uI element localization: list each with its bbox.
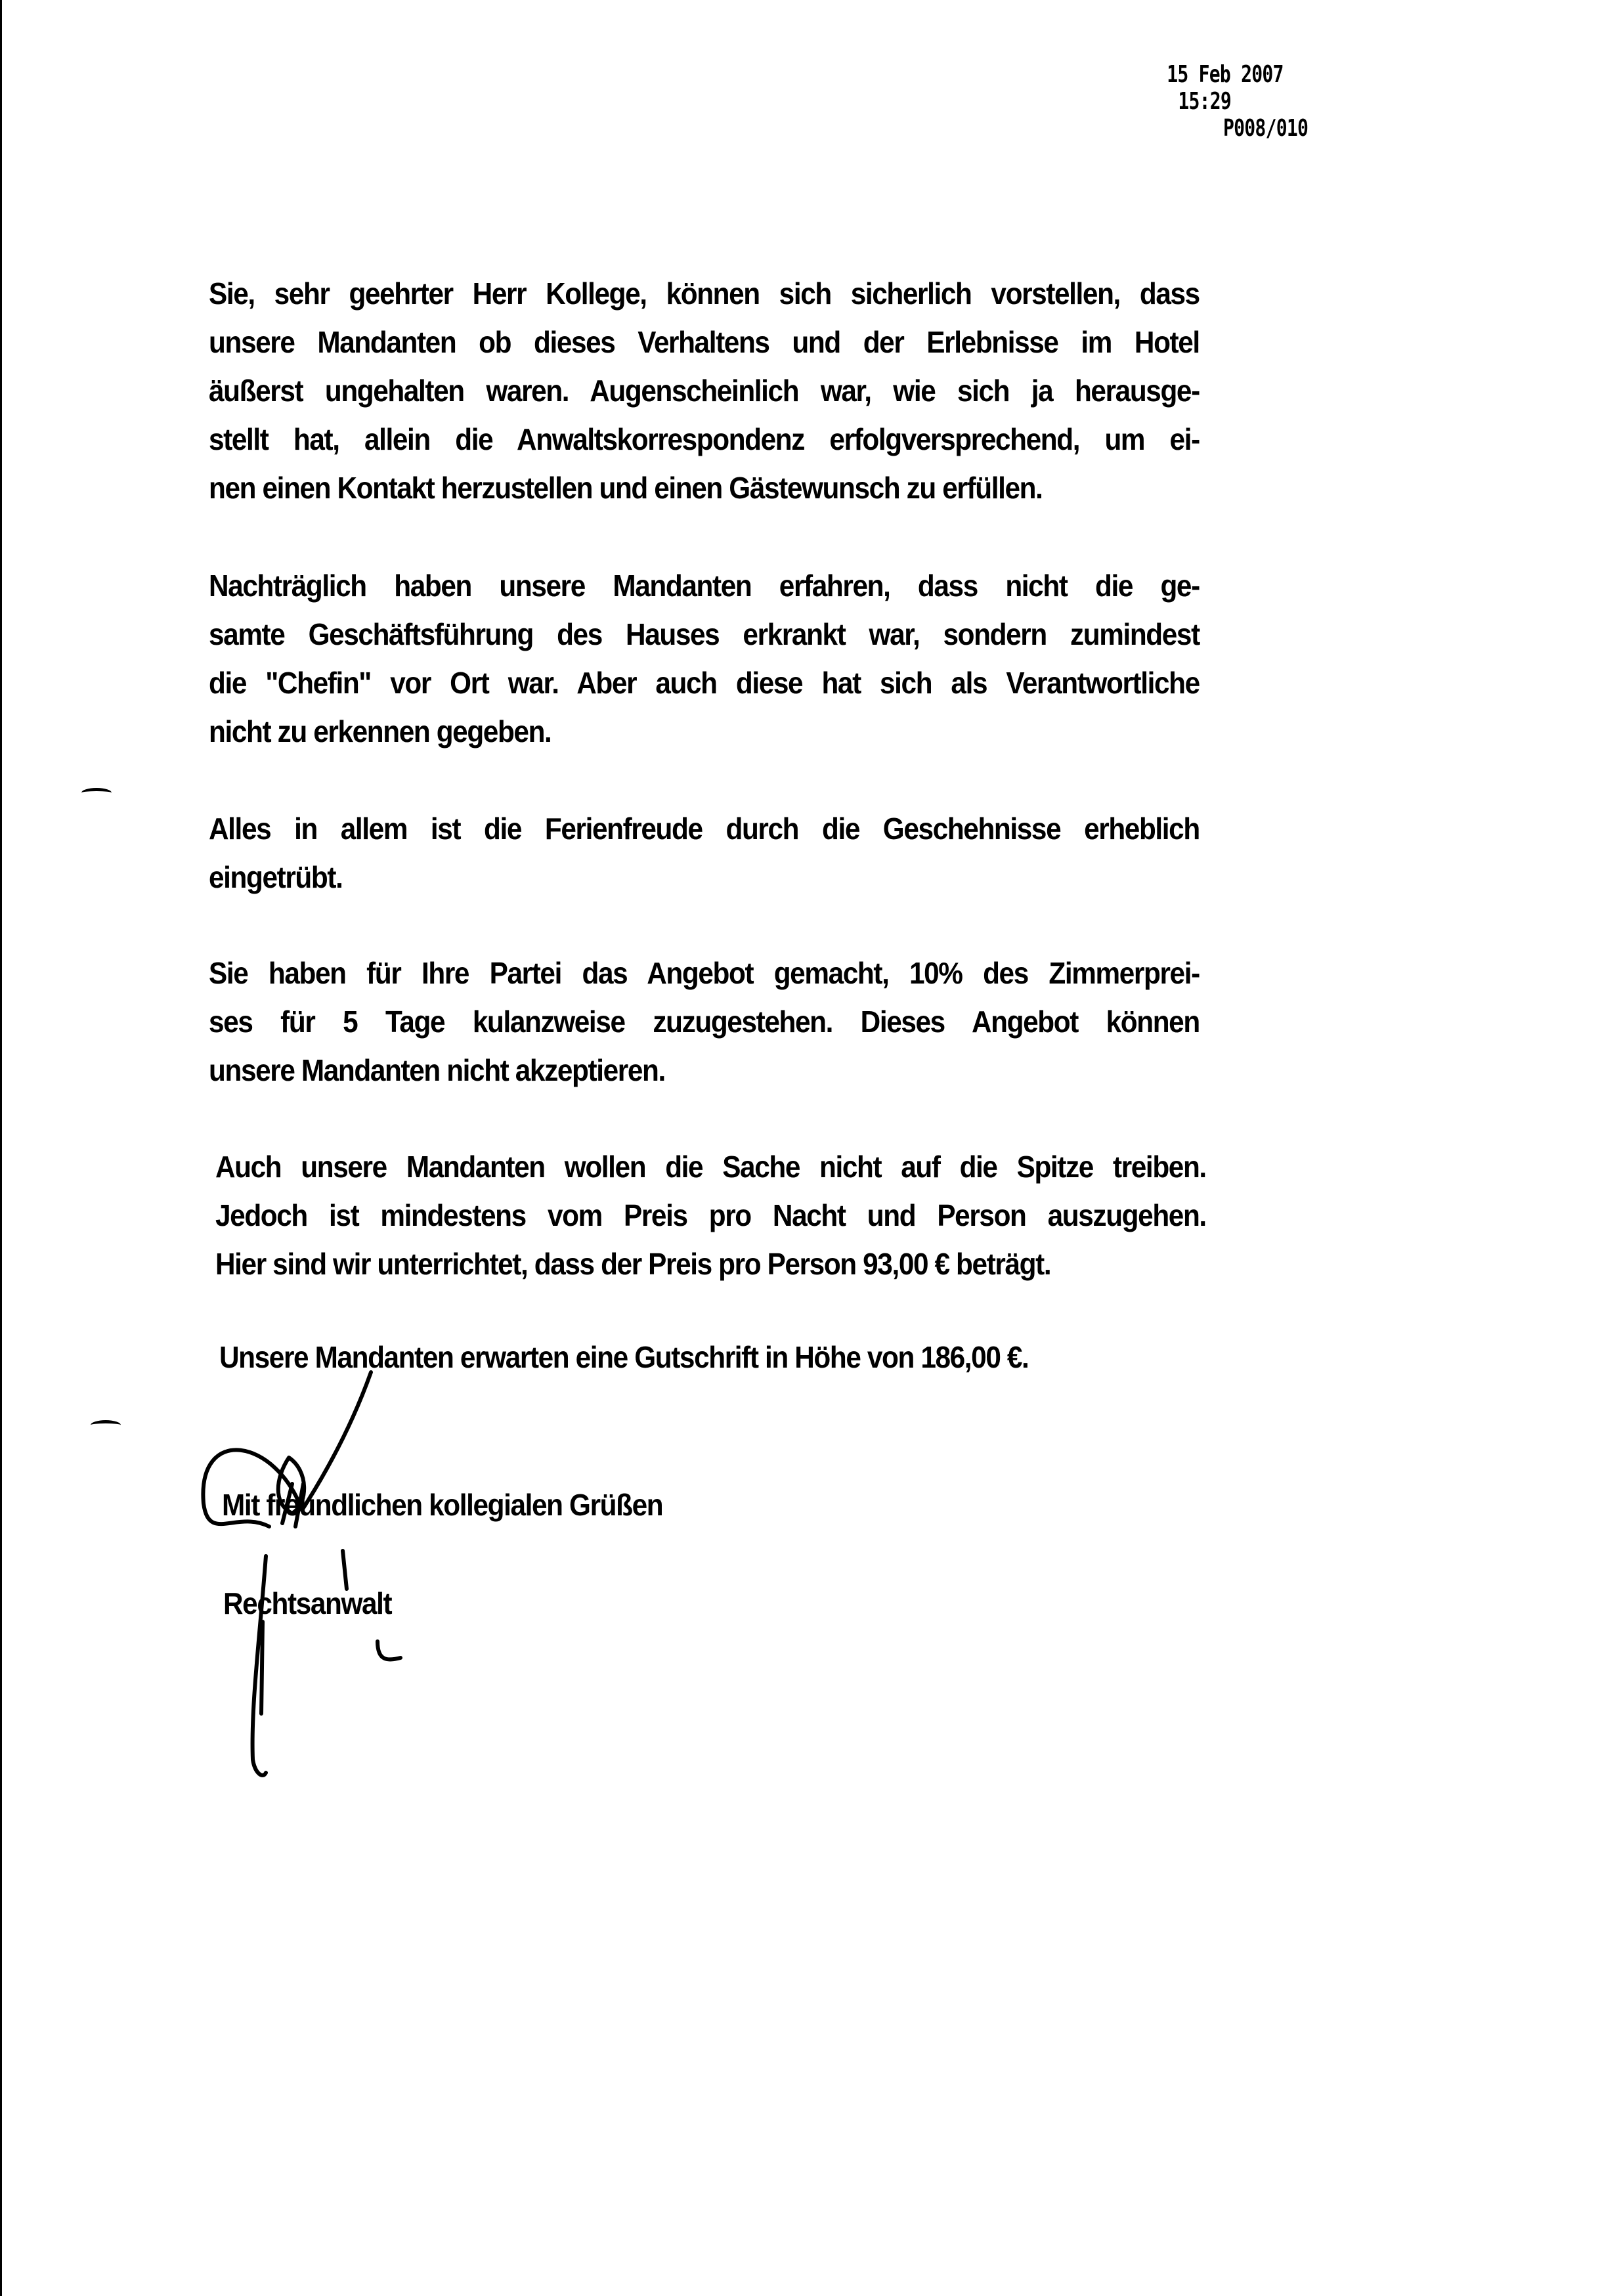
text-line: Sie haben für Ihre Partei das Angebot ge… [209, 949, 1200, 997]
text-line: samte Geschäftsführung des Hauses erkran… [209, 610, 1200, 659]
text-line: Sie, sehr geehrter Herr Kollege, können … [209, 269, 1200, 318]
text-line: Jedoch ist mindestens vom Preis pro Nach… [215, 1191, 1206, 1240]
fax-transmission-header: 15 Feb 2007 15:29 P008/010 [1146, 34, 1308, 142]
fax-time: 15:29 [1178, 88, 1231, 115]
page-left-edge [0, 0, 2, 2296]
text-line: unsere Mandanten ob dieses Verhaltens un… [209, 318, 1200, 366]
paragraph-3: Alles in allem ist die Ferienfreude durc… [209, 804, 1200, 901]
closing-text: Mit freundlichen kollegialen Grüßen [222, 1481, 1213, 1529]
text-line: nen einen Kontakt herzustellen und einen… [209, 464, 1200, 512]
fax-page-indicator: P008/010 [1223, 115, 1308, 142]
paragraph-2: Nachträglich haben unsere Mandanten erfa… [209, 561, 1200, 756]
fax-date: 15 Feb 2007 [1167, 61, 1283, 88]
paragraph-6: Unsere Mandanten erwarten eine Gutschrif… [219, 1333, 1210, 1381]
text-line: eingetrübt. [209, 853, 1200, 901]
closing-greeting: Mit freundlichen kollegialen Grüßen [222, 1481, 1213, 1529]
text-line: Auch unsere Mandanten wollen die Sache n… [215, 1142, 1206, 1191]
text-line: die "Chefin" vor Ort war. Aber auch dies… [209, 659, 1200, 707]
paragraph-5: Auch unsere Mandanten wollen die Sache n… [215, 1142, 1206, 1288]
text-line: Nachträglich haben unsere Mandanten erfa… [209, 561, 1200, 610]
text-line: Hier sind wir unterrichtet, dass der Pre… [215, 1240, 1206, 1288]
paragraph-4: Sie haben für Ihre Partei das Angebot ge… [209, 949, 1200, 1094]
signatory-title: Rechtsanwalt [223, 1579, 1214, 1628]
text-line: Alles in allem ist die Ferienfreude durc… [209, 804, 1200, 853]
text-line: unsere Mandanten nicht akzeptieren. [209, 1046, 1200, 1094]
text-line: Unsere Mandanten erwarten eine Gutschrif… [219, 1333, 1210, 1381]
text-line: nicht zu erkennen gegeben. [209, 707, 1200, 756]
paragraph-1: Sie, sehr geehrter Herr Kollege, können … [209, 269, 1200, 512]
hole-punch-mark-icon [81, 788, 112, 798]
text-line: ses für 5 Tage kulanzweise zuzugestehen.… [209, 997, 1200, 1046]
signatory-block: Rechtsanwalt [223, 1579, 1214, 1628]
text-line: äußerst ungehalten waren. Augenscheinlic… [209, 366, 1200, 415]
text-line: stellt hat, allein die Anwaltskorrespond… [209, 415, 1200, 464]
hole-punch-mark-icon [91, 1420, 121, 1430]
